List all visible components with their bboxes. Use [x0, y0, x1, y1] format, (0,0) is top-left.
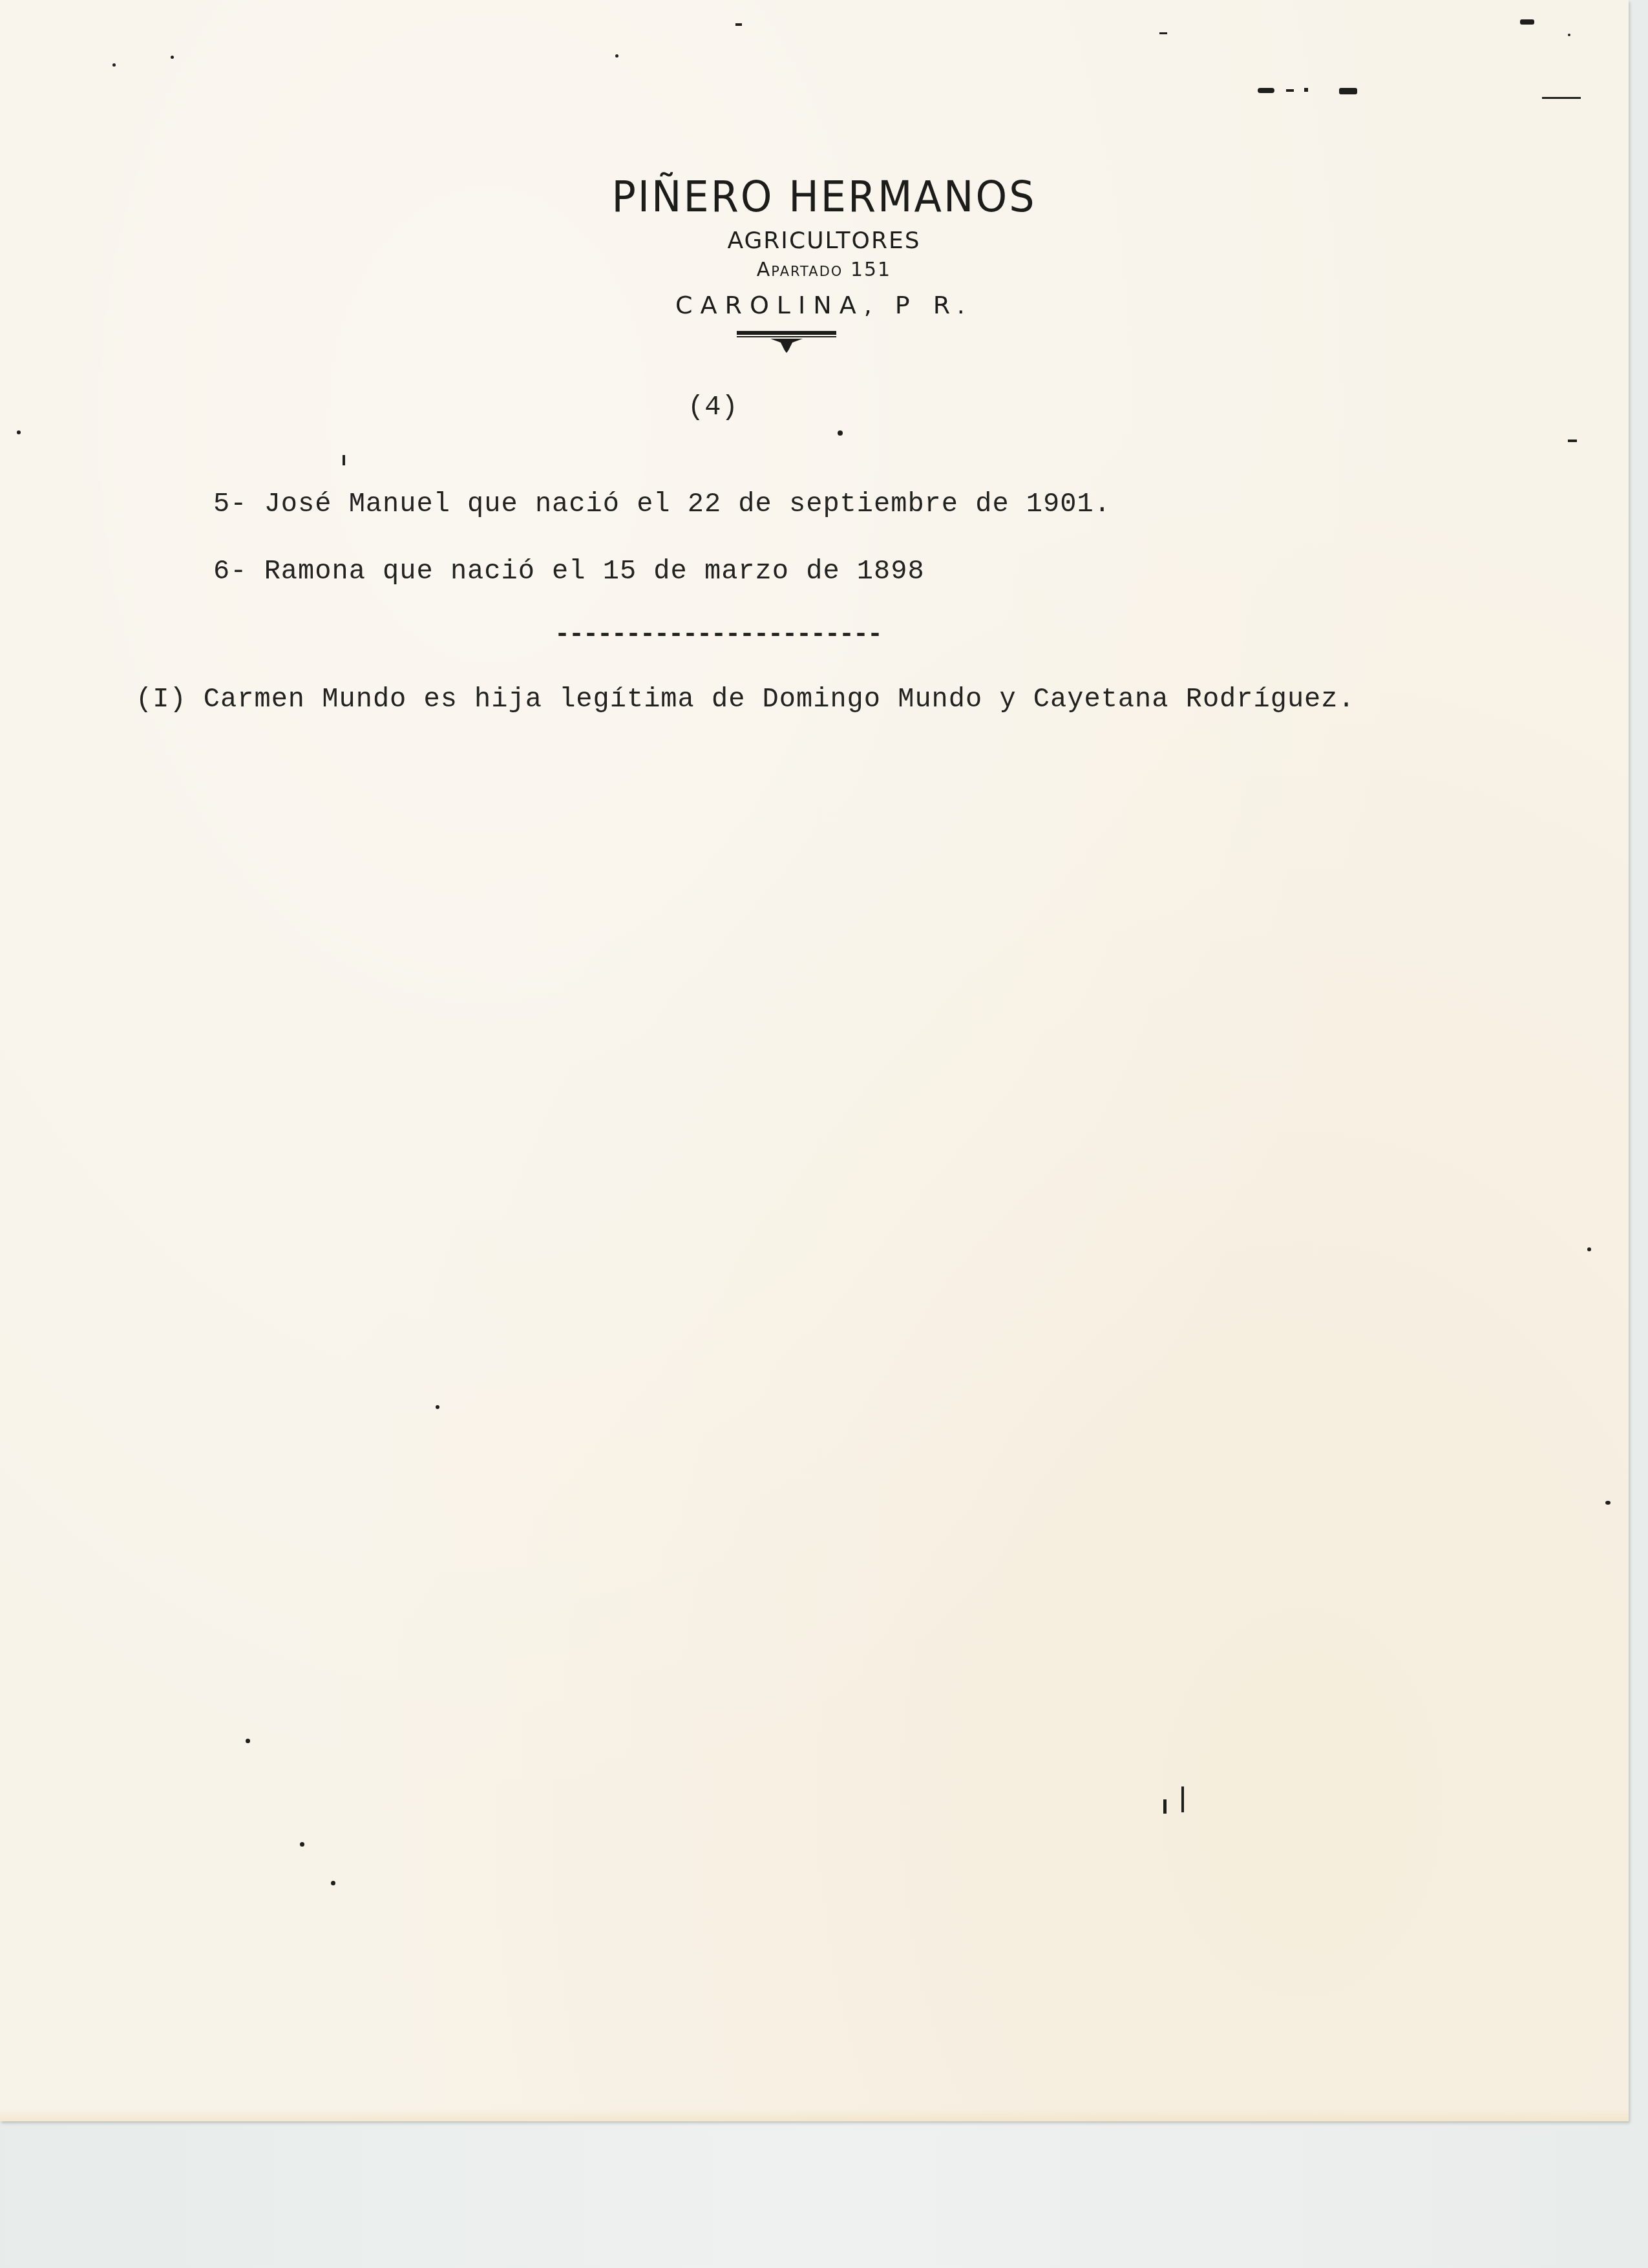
- letterhead-po-box: Apartado 151: [0, 259, 1648, 281]
- page-edge: [0, 2108, 1629, 2121]
- ink-mark: [1163, 1799, 1167, 1814]
- ink-mark: [1568, 440, 1577, 442]
- ink-mark: [1159, 32, 1167, 34]
- letterhead-tagline: AGRICULTORES: [0, 228, 1648, 254]
- ink-speck: [331, 1881, 335, 1885]
- letterhead-ornament-icon: [737, 331, 836, 353]
- ink-speck: [1587, 1247, 1591, 1251]
- ink-mark: [1304, 88, 1308, 92]
- list-item-number: 5-: [213, 489, 247, 520]
- ink-speck: [246, 1739, 250, 1743]
- ink-speck: [300, 1842, 304, 1847]
- ink-speck: [1568, 34, 1570, 36]
- ink-speck: [343, 455, 345, 465]
- ink-mark: [1339, 88, 1357, 94]
- typed-divider: -----------------------: [555, 620, 882, 650]
- list-item: 6- Ramona que nació el 15 de marzo de 18…: [213, 556, 925, 587]
- ink-mark: [1286, 89, 1294, 92]
- ink-mark: [1542, 97, 1581, 99]
- ink-mark: [1258, 88, 1274, 93]
- ink-mark: [1181, 1786, 1184, 1812]
- footnote-marker: (I): [136, 684, 187, 715]
- list-item-text: José Manuel que nació el 22 de septiembr…: [264, 489, 1111, 520]
- footnote-text: Carmen Mundo es hija legítima de Domingo…: [204, 684, 1355, 715]
- letterhead-city: CAROLINA, P R.: [0, 291, 1648, 319]
- ink-mark: [735, 23, 742, 26]
- ink-speck: [112, 63, 116, 67]
- ink-speck: [615, 54, 618, 58]
- list-item-text: Ramona que nació el 15 de marzo de 1898: [264, 556, 925, 587]
- list-item-number: 6-: [213, 556, 247, 587]
- ink-speck: [838, 430, 843, 436]
- ink-mark: [1520, 19, 1534, 25]
- ink-speck: [17, 430, 21, 434]
- ink-speck: [1605, 1501, 1611, 1505]
- ink-speck: [436, 1405, 439, 1409]
- page-number: (4): [688, 392, 739, 423]
- list-item: 5- José Manuel que nació el 22 de septie…: [213, 489, 1111, 520]
- footnote: (I) Carmen Mundo es hija legítima de Dom…: [136, 684, 1355, 715]
- ink-speck: [171, 56, 174, 59]
- letterhead-company-name: PIÑERO HERMANOS: [0, 172, 1648, 222]
